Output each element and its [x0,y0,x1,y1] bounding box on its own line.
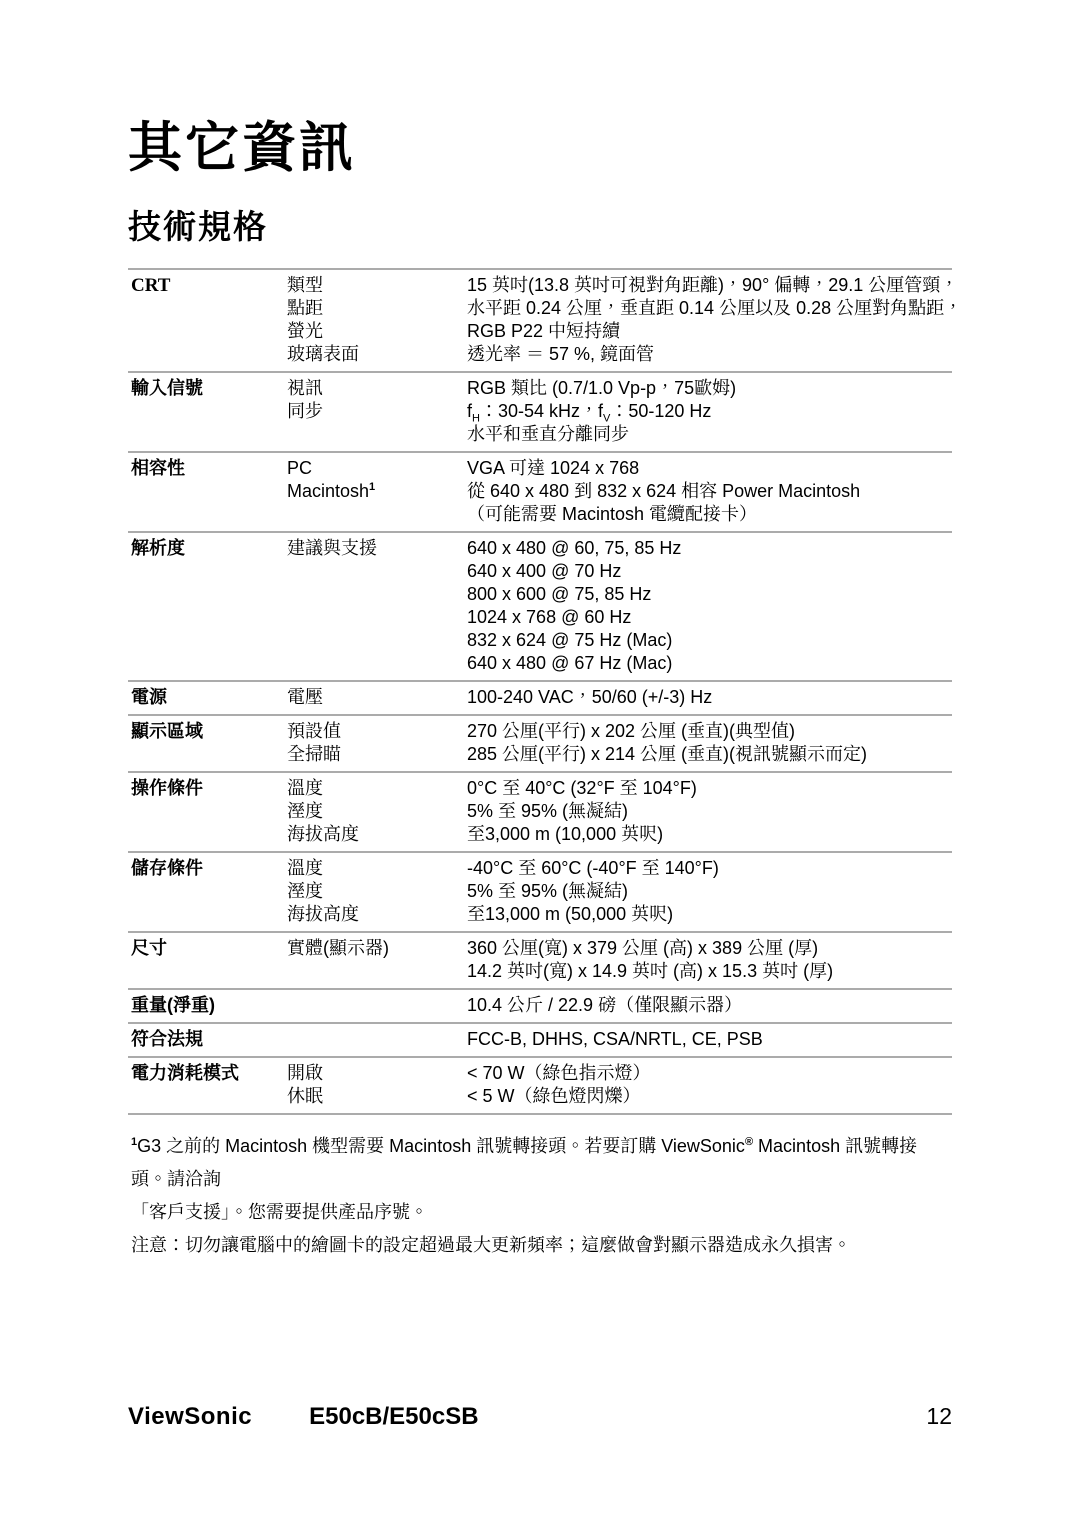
spec-value: 640 x 400 @ 70 Hz [467,560,952,583]
spec-value: 至13,000 m (50,000 英呎) [467,903,952,926]
spec-value: 透光率 ＝ 57 %, 鏡面管 [467,343,952,366]
spec-category-label: 相容性 [131,457,287,526]
spec-line: 溼度 5% 至 95% (無凝結) [287,800,952,823]
spec-subcategory-label: 電壓 [287,686,467,709]
spec-value: 640 x 480 @ 60, 75, 85 Hz [467,537,952,560]
spec-line: 溫度 0°C 至 40°C (32°F 至 104°F) [287,777,952,800]
spec-subcategory-label: 預設值 [287,720,467,743]
spec-subcategory-label [287,629,467,652]
spec-line: 點距 水平距 0.24 公厘，垂直距 0.14 公厘以及 0.28 公厘對角點距… [287,297,952,320]
spec-row-lines: PC VGA 可達 1024 x 768 Macintosh1 從 640 x … [287,457,952,526]
footnote-macintosh-line1: 1G3 之前的 Macintosh 機型需要 Macintosh 訊號轉接頭。若… [131,1130,952,1196]
spec-value: 0°C 至 40°C (32°F 至 104°F) [467,777,952,800]
spec-line: 玻璃表面 透光率 ＝ 57 %, 鏡面管 [287,343,952,366]
spec-value: 15 英吋(13.8 英吋可視對角距離)，90° 偏轉，29.1 公厘管頸， [467,274,958,297]
spec-line: 建議與支援 640 x 480 @ 60, 75, 85 Hz [287,537,952,560]
spec-category-label: 符合法規 [131,1028,287,1051]
spec-subcategory-label [287,503,467,526]
spec-category-label: 電力消耗模式 [131,1062,287,1108]
spec-row: 相容性 PC VGA 可達 1024 x 768 Macintosh1 從 64… [128,451,952,531]
spec-subcategory-label: 實體(顯示器) [287,937,467,960]
spec-line: （可能需要 Macintosh 電纜配接卡） [287,503,952,526]
section-title: 技術規格 [128,178,952,246]
spec-line: 1024 x 768 @ 60 Hz [287,606,952,629]
spec-category-label: 電源 [131,686,287,709]
spec-line: PC VGA 可達 1024 x 768 [287,457,952,480]
spec-subcategory-label [287,994,467,1017]
spec-row-lines: 溫度 0°C 至 40°C (32°F 至 104°F) 溼度 5% 至 95%… [287,777,952,846]
spec-subcategory-label [287,1028,467,1051]
footer-brand: ViewSonic [128,1403,252,1431]
spec-line: 電壓 100-240 VAC，50/60 (+/-3) Hz [287,686,952,709]
spec-value: < 5 W（綠色燈閃爍） [467,1085,952,1108]
spec-value: 水平距 0.24 公厘，垂直距 0.14 公厘以及 0.28 公厘對角點距， [467,297,962,320]
page-content: 其它資訊 技術規格 CRT 類型 15 英吋(13.8 英吋可視對角距離)，90… [128,0,952,1262]
spec-subcategory-label [287,652,467,675]
page-title: 其它資訊 [128,0,952,178]
spec-subcategory-label: 溼度 [287,800,467,823]
spec-category-label: 顯示區域 [131,720,287,766]
spec-line: 海拔高度 至13,000 m (50,000 英呎) [287,903,952,926]
spec-line: 視訊 RGB 類比 (0.7/1.0 Vp-p，75歐姆) [287,377,952,400]
spec-row-lines: 10.4 公斤 / 22.9 磅（僅限顯示器） [287,994,952,1017]
spec-row: 重量(淨重) 10.4 公斤 / 22.9 磅（僅限顯示器） [128,988,952,1022]
footnote-warning: 注意：切勿讓電腦中的繪圖卡的設定超過最大更新頻率；這麼做會對顯示器造成永久損害。 [131,1229,952,1262]
spec-value: VGA 可達 1024 x 768 [467,457,952,480]
spec-subcategory-label [287,583,467,606]
spec-subcategory-label: 玻璃表面 [287,343,467,366]
spec-line: 水平和垂直分離同步 [287,423,952,446]
spec-subcategory-label: 休眠 [287,1085,467,1108]
spec-subcategory-label: 同步 [287,400,467,423]
spec-line: 預設值 270 公厘(平行) x 202 公厘 (垂直)(典型值) [287,720,952,743]
spec-value: （可能需要 Macintosh 電纜配接卡） [467,503,952,526]
spec-row-lines: 實體(顯示器) 360 公厘(寬) x 379 公厘 (高) x 389 公厘 … [287,937,952,983]
spec-line: 開啟 < 70 W（綠色指示燈） [287,1062,952,1085]
spec-row: 儲存條件 溫度 -40°C 至 60°C (-40°F 至 140°F) 溼度 … [128,851,952,931]
spec-line: 類型 15 英吋(13.8 英吋可視對角距離)，90° 偏轉，29.1 公厘管頸… [287,274,952,297]
spec-row-lines: 預設值 270 公厘(平行) x 202 公厘 (垂直)(典型值) 全掃瞄 28… [287,720,952,766]
spec-subcategory-label [287,960,467,983]
spec-line: 640 x 400 @ 70 Hz [287,560,952,583]
spec-value: RGB P22 中短持續 [467,320,952,343]
spec-row: 電源 電壓 100-240 VAC，50/60 (+/-3) Hz [128,680,952,714]
spec-line: 832 x 624 @ 75 Hz (Mac) [287,629,952,652]
spec-subcategory-label: 開啟 [287,1062,467,1085]
spec-subcategory-label [287,606,467,629]
spec-line: Macintosh1 從 640 x 480 到 832 x 624 相容 Po… [287,480,952,503]
spec-value: 1024 x 768 @ 60 Hz [467,606,952,629]
spec-value: 5% 至 95% (無凝結) [467,880,952,903]
spec-value: 從 640 x 480 到 832 x 624 相容 Power Macinto… [467,480,952,503]
spec-subcategory-label: 全掃瞄 [287,743,467,766]
spec-value: 270 公厘(平行) x 202 公厘 (垂直)(典型值) [467,720,952,743]
spec-line: 休眠 < 5 W（綠色燈閃爍） [287,1085,952,1108]
spec-subcategory-label: PC [287,457,467,480]
spec-row-lines: FCC-B, DHHS, CSA/NRTL, CE, PSB [287,1028,952,1051]
spec-category-label: 尺寸 [131,937,287,983]
spec-value: 640 x 480 @ 67 Hz (Mac) [467,652,952,675]
spec-row: CRT 類型 15 英吋(13.8 英吋可視對角距離)，90° 偏轉，29.1 … [128,268,952,371]
footer-model: E50cB/E50cSB [309,1403,478,1431]
spec-subcategory-label: 溫度 [287,857,467,880]
spec-category-label: CRT [131,274,287,366]
spec-row-lines: 溫度 -40°C 至 60°C (-40°F 至 140°F) 溼度 5% 至 … [287,857,952,926]
spec-line: 800 x 600 @ 75, 85 Hz [287,583,952,606]
spec-category-label: 重量(淨重) [131,994,287,1017]
spec-line: 溼度 5% 至 95% (無凝結) [287,880,952,903]
spec-category-label: 解析度 [131,537,287,675]
spec-subcategory-label [287,560,467,583]
spec-row-lines: 建議與支援 640 x 480 @ 60, 75, 85 Hz 640 x 40… [287,537,952,675]
spec-row-lines: 開啟 < 70 W（綠色指示燈） 休眠 < 5 W（綠色燈閃爍） [287,1062,952,1108]
spec-row: 解析度 建議與支援 640 x 480 @ 60, 75, 85 Hz 640 … [128,531,952,680]
spec-row: 尺寸 實體(顯示器) 360 公厘(寬) x 379 公厘 (高) x 389 … [128,931,952,988]
spec-value: 10.4 公斤 / 22.9 磅（僅限顯示器） [467,994,952,1017]
spec-value: 285 公厘(平行) x 214 公厘 (垂直)(視訊號顯示而定) [467,743,952,766]
spec-row: 操作條件 溫度 0°C 至 40°C (32°F 至 104°F) 溼度 5% … [128,771,952,851]
spec-row: 顯示區域 預設值 270 公厘(平行) x 202 公厘 (垂直)(典型值) 全… [128,714,952,771]
spec-subcategory-label [287,423,467,446]
spec-line: 640 x 480 @ 67 Hz (Mac) [287,652,952,675]
page-footer: ViewSonic E50cB/E50cSB 12 [128,1403,952,1431]
spec-value: 360 公厘(寬) x 379 公厘 (高) x 389 公厘 (厚) [467,937,952,960]
spec-row: 符合法規 FCC-B, DHHS, CSA/NRTL, CE, PSB [128,1022,952,1056]
spec-row-lines: 類型 15 英吋(13.8 英吋可視對角距離)，90° 偏轉，29.1 公厘管頸… [287,274,952,366]
spec-category-label: 儲存條件 [131,857,287,926]
spec-value: 至3,000 m (10,000 英呎) [467,823,952,846]
spec-value: 14.2 英吋(寬) x 14.9 英吋 (高) x 15.3 英吋 (厚) [467,960,952,983]
spec-value: 5% 至 95% (無凝結) [467,800,952,823]
spec-value: FCC-B, DHHS, CSA/NRTL, CE, PSB [467,1028,952,1051]
spec-subcategory-label: 海拔高度 [287,823,467,846]
spec-line: 實體(顯示器) 360 公厘(寬) x 379 公厘 (高) x 389 公厘 … [287,937,952,960]
spec-subcategory-label: 點距 [287,297,467,320]
spec-subcategory-label: 溼度 [287,880,467,903]
spec-row-lines: 電壓 100-240 VAC，50/60 (+/-3) Hz [287,686,952,709]
spec-subcategory-label: 溫度 [287,777,467,800]
spec-value: 832 x 624 @ 75 Hz (Mac) [467,629,952,652]
spec-line: FCC-B, DHHS, CSA/NRTL, CE, PSB [287,1028,952,1051]
spec-value: 100-240 VAC，50/60 (+/-3) Hz [467,686,952,709]
spec-line: 海拔高度 至3,000 m (10,000 英呎) [287,823,952,846]
footnotes: 1G3 之前的 Macintosh 機型需要 Macintosh 訊號轉接頭。若… [128,1130,952,1262]
spec-value: < 70 W（綠色指示燈） [467,1062,952,1085]
spec-subcategory-label: 類型 [287,274,467,297]
spec-line: 全掃瞄 285 公厘(平行) x 214 公厘 (垂直)(視訊號顯示而定) [287,743,952,766]
spec-value: RGB 類比 (0.7/1.0 Vp-p，75歐姆) [467,377,952,400]
manual-page: 其它資訊 技術規格 CRT 類型 15 英吋(13.8 英吋可視對角距離)，90… [0,0,1080,1527]
footnote-macintosh-line2: 「客戶支援」。您需要提供產品序號。 [131,1196,952,1229]
spec-category-label: 操作條件 [131,777,287,846]
footer-page-number: 12 [926,1403,952,1430]
spec-row: 電力消耗模式 開啟 < 70 W（綠色指示燈） 休眠 < 5 W（綠色燈閃爍） [128,1056,952,1113]
spec-table: CRT 類型 15 英吋(13.8 英吋可視對角距離)，90° 偏轉，29.1 … [128,268,952,1115]
spec-subcategory-label: 視訊 [287,377,467,400]
spec-value: -40°C 至 60°C (-40°F 至 140°F) [467,857,952,880]
spec-line: 10.4 公斤 / 22.9 磅（僅限顯示器） [287,994,952,1017]
spec-subcategory-label: 螢光 [287,320,467,343]
spec-category-label: 輸入信號 [131,377,287,446]
spec-value: 800 x 600 @ 75, 85 Hz [467,583,952,606]
spec-row-lines: 視訊 RGB 類比 (0.7/1.0 Vp-p，75歐姆) 同步 fH：30-5… [287,377,952,446]
spec-value: 水平和垂直分離同步 [467,423,952,446]
spec-line: 螢光 RGB P22 中短持續 [287,320,952,343]
spec-value: fH：30-54 kHz，fV：50-120 Hz [467,400,952,423]
spec-subcategory-label: 建議與支援 [287,537,467,560]
spec-subcategory-label: Macintosh1 [287,480,467,503]
spec-subcategory-label: 海拔高度 [287,903,467,926]
spec-row: 輸入信號 視訊 RGB 類比 (0.7/1.0 Vp-p，75歐姆) 同步 fH… [128,371,952,451]
spec-line: 溫度 -40°C 至 60°C (-40°F 至 140°F) [287,857,952,880]
spec-line: 同步 fH：30-54 kHz，fV：50-120 Hz [287,400,952,423]
spec-line: 14.2 英吋(寬) x 14.9 英吋 (高) x 15.3 英吋 (厚) [287,960,952,983]
